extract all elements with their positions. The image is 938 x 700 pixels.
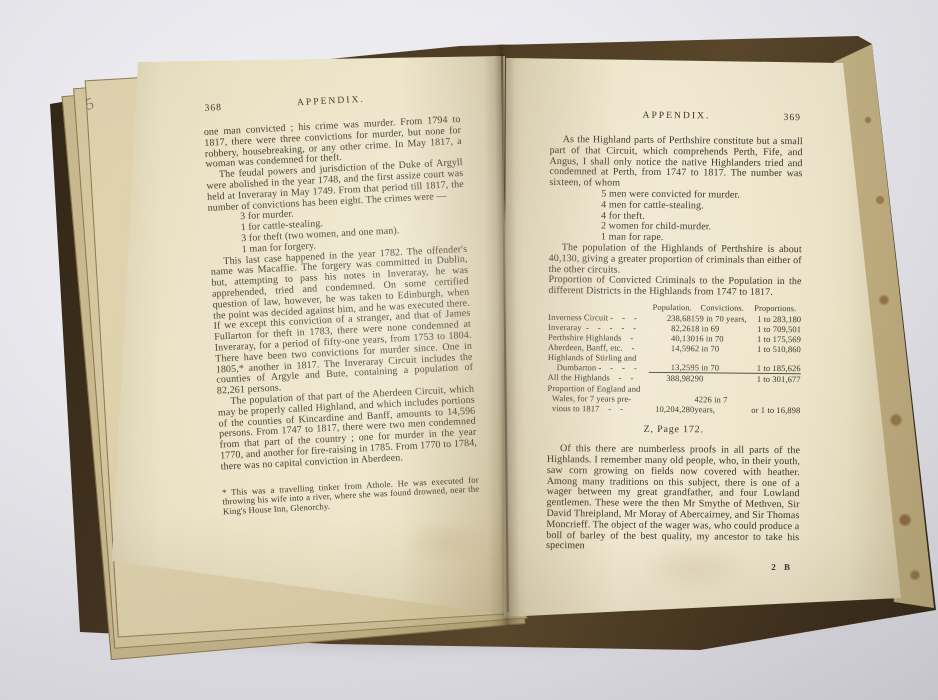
left-page-header: 368 APPENDIX. [202,90,459,116]
table-england-row: Proportion of England and Wales, for 7 y… [547,382,800,415]
table-total-row: All the Highlands - - 388,982 90 1 to 30… [548,372,801,385]
column-header-convictions: Convictions. [695,303,749,313]
section-heading: Z, Page 172. [547,424,800,437]
column-header-population: Population. [649,303,695,313]
paragraph-wager: Of this there are numberless proofs in a… [546,444,800,554]
signature-mark: 2 B [546,560,799,573]
table-title: Proportion of Convicted Criminals to the… [548,275,801,299]
right-page-header: APPENDIX. 369 [550,110,803,125]
right-running-head: APPENDIX. [550,110,803,123]
left-running-head: APPENDIX. [202,90,459,114]
paragraph-intro: As the Highland parts of Perthshire cons… [549,135,802,191]
statistics-table: Population. Convictions. Proportions. In… [547,302,801,416]
column-header-proportions: Proportions. [749,304,801,314]
footnote: * This was a travelling tinker from Atho… [222,475,480,517]
right-page-content: APPENDIX. 369 As the Highland parts of P… [546,110,803,573]
left-page: 368 APPENDIX. one man convicted ; his cr… [98,56,505,616]
right-page: APPENDIX. 369 As the Highland parts of P… [504,50,902,618]
table-row: Highlands of Stirling and Dumbarton - - … [548,352,801,374]
right-page-number: 369 [783,113,800,124]
paragraph-population: The population of the Highlands of Perth… [549,243,802,278]
paragraph-forgery: This last case happened in the year 1782… [210,244,474,397]
left-page-content: 368 APPENDIX. one man convicted ; his cr… [202,90,480,517]
paragraph-aberdeen: The population of that part of the Aberd… [217,385,477,473]
convictions-list: 5 men were convicted for murder. 4 men f… [549,189,802,245]
book-photo: 5 368 APPENDIX. one man convicted ; his … [0,0,938,700]
